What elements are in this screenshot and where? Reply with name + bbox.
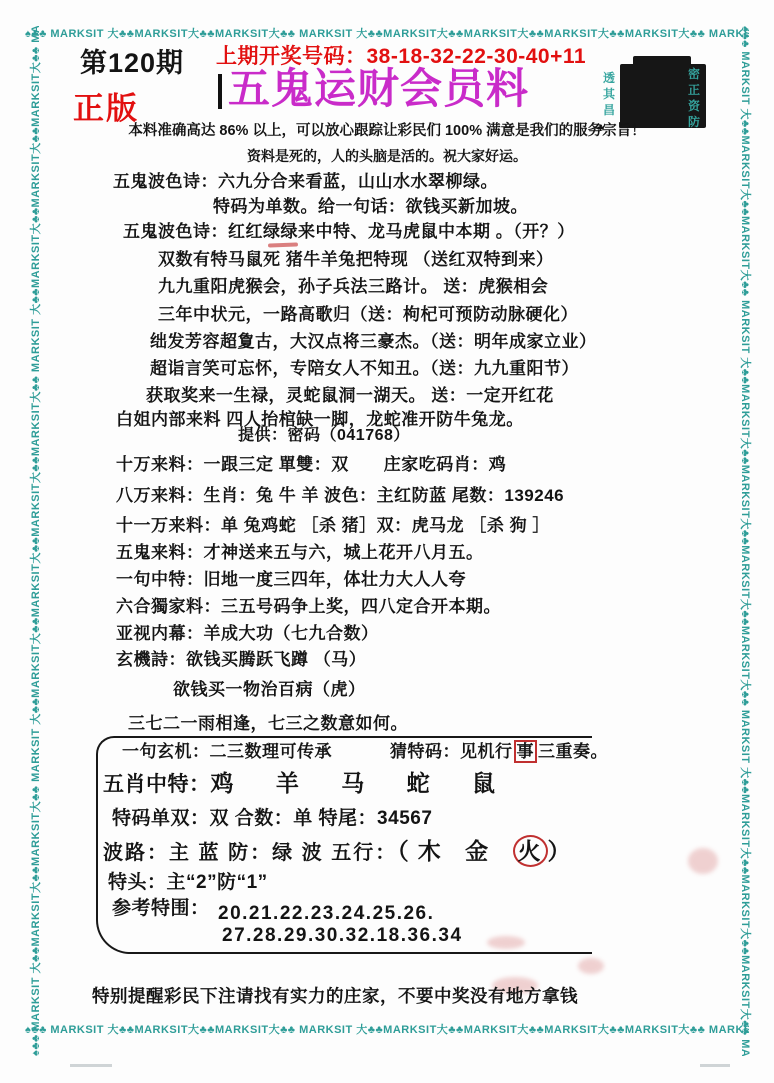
wave-close: ） <box>548 838 573 864</box>
password-line: 提供：密码（041768） <box>238 426 410 445</box>
guess-text: 猜特码：见机行 <box>390 742 513 761</box>
footer-warning: 特别提醒彩民下注请找有实力的庄家，不要中奖没有地方拿钱 <box>92 986 578 1007</box>
border-strip-right: ♠♣♣ MARKSIT 大♣♣MARKSIT大♣♣MARKSIT大♣♣ MARK… <box>736 26 753 1056</box>
wave-text: 波路：主 蓝 防：绿 波 五行： <box>103 842 397 864</box>
edition-label: 正版 <box>73 90 139 127</box>
wave-line: 波路：主 蓝 防：绿 波 五行：（木 金 火） <box>103 838 573 866</box>
zodiac-label: 五肖中特： <box>103 773 211 796</box>
border-strip-left: ♠♣♣ MARKSIT 大♣♣MARKSIT大♣♣MARKSIT大♣♣ MARK… <box>28 26 45 1056</box>
head-line: 特头：主“2”防“1” <box>108 872 268 895</box>
mystery-text: 一句玄机：二三数理可传承 <box>122 742 332 761</box>
ink-smudge <box>578 958 604 974</box>
material-line: 欲钱买一物治百病（虎） <box>173 680 366 700</box>
wave-elements: （木 金 <box>397 838 512 864</box>
material-line: 六合獨家料：三五号码争上奖，四八定合开本期。 <box>116 597 501 617</box>
guess-text: 三重奏。 <box>538 742 608 761</box>
material-line: 十一万来料：单 兔鸡蛇 ［杀 猪］双：虎马龙 ［杀 狗 ］ <box>116 516 550 536</box>
scan-artifact <box>70 1064 112 1067</box>
lottery-sheet: ♠♣♣ MARKSIT 大♣♣MARKSIT大♣♣MARKSIT大♣♣ MARK… <box>0 0 774 1083</box>
poem-line: 获取奖来一生禄，灵蛇鼠洞一湖天。 送：一定开红花 <box>146 386 554 406</box>
parity-line: 特码单双：双 合数：单 特尾：34567 <box>112 808 432 831</box>
title-bar-mark <box>218 74 222 109</box>
zodiac-values: 鸡 羊 马 蛇 鼠 <box>211 770 514 796</box>
border-strip-bottom: ♠♣♣ MARKSIT 大♣♣MARKSIT大♣♣MARKSIT大♣♣ MARK… <box>25 1022 749 1039</box>
poem-line: 双数有特马鼠死 猪牛羊兔把特现 （送红双特到来） <box>158 250 553 270</box>
stamp-text-right: 密正资防 <box>688 66 703 130</box>
poem-line: 九九重阳虎猴会，孙子兵法三路计。 送：虎猴相会 <box>158 277 548 297</box>
ink-smudge <box>688 848 718 874</box>
material-line: 五鬼来料：才神送来五与六，城上花开八月五。 <box>116 543 484 563</box>
stamp-text-left: 透其昌 <box>603 70 618 118</box>
border-strip-top: ♠♣♣ MARKSIT 大♣♣MARKSIT大♣♣MARKSIT大♣♣ MARK… <box>25 26 749 43</box>
ref-label: 参考特围： <box>112 898 210 921</box>
red-boxed-char: 事 <box>514 740 538 763</box>
poem-line: 超诣言笑可忘怀，专陪女人不知丑。（送：九九重阳节） <box>150 359 579 379</box>
poem-line: 五鬼波色诗：六九分合来看蓝，山山水水翠柳绿。 <box>113 172 498 192</box>
poem-line: 三年中状元，一路高歌归（送：枸杞可预防动脉硬化） <box>158 305 578 325</box>
issue-number: 第120期 <box>80 47 184 79</box>
poem-line: 特码为单数。给一句话：欲钱买新加坡。 <box>213 197 528 217</box>
material-line: 八万来料：生肖：兔 牛 羊 波色：主红防蓝 尾数：139246 <box>116 486 564 506</box>
scan-artifact <box>700 1064 730 1067</box>
ref-numbers-row1: 20.21.22.23.24.25.26. <box>218 903 434 926</box>
red-underline-annotation <box>268 242 298 247</box>
material-line: 一句中特：旧地一度三四年，体壮力大人人夸 <box>116 570 466 590</box>
material-line: 十万来料：一跟三定 單雙：双 庄家吃码肖：鸡 <box>116 455 506 475</box>
zodiac-line: 五肖中特：鸡 羊 马 蛇 鼠 <box>103 770 513 798</box>
ink-smudge <box>487 936 525 949</box>
material-line: 三七二一雨相逢，七三之数意如何。 <box>128 714 408 734</box>
material-line: 玄機詩：欲钱买腾跃飞蹲 （马） <box>116 650 366 670</box>
mystery-line: 一句玄机：二三数理可传承猜特码：见机行事三重奏。 <box>122 742 608 762</box>
ref-numbers-row2: 27.28.29.30.32.18.36.34 <box>222 925 463 948</box>
red-circled-char: 火 <box>513 835 548 867</box>
poem-line: 五鬼波色诗：红红绿绿来中特、龙马虎鼠中本期 。（开？） <box>123 222 575 242</box>
accuracy-notice: 本料准确高达 86% 以上，可以放心跟踪让彩民们 100% 满意是我们的服务宗旨… <box>57 123 717 140</box>
page-title: 五鬼运财会员料 <box>228 64 529 114</box>
material-line: 亚视内幕：羊成大功（七九合数） <box>116 624 379 644</box>
luck-notice: 资料是死的，人的头脑是活的。祝大家好运。 <box>57 148 717 165</box>
poem-line: 绌发芳容超夐古，大汉点将三豪杰。（送：明年成家立业） <box>150 332 597 352</box>
